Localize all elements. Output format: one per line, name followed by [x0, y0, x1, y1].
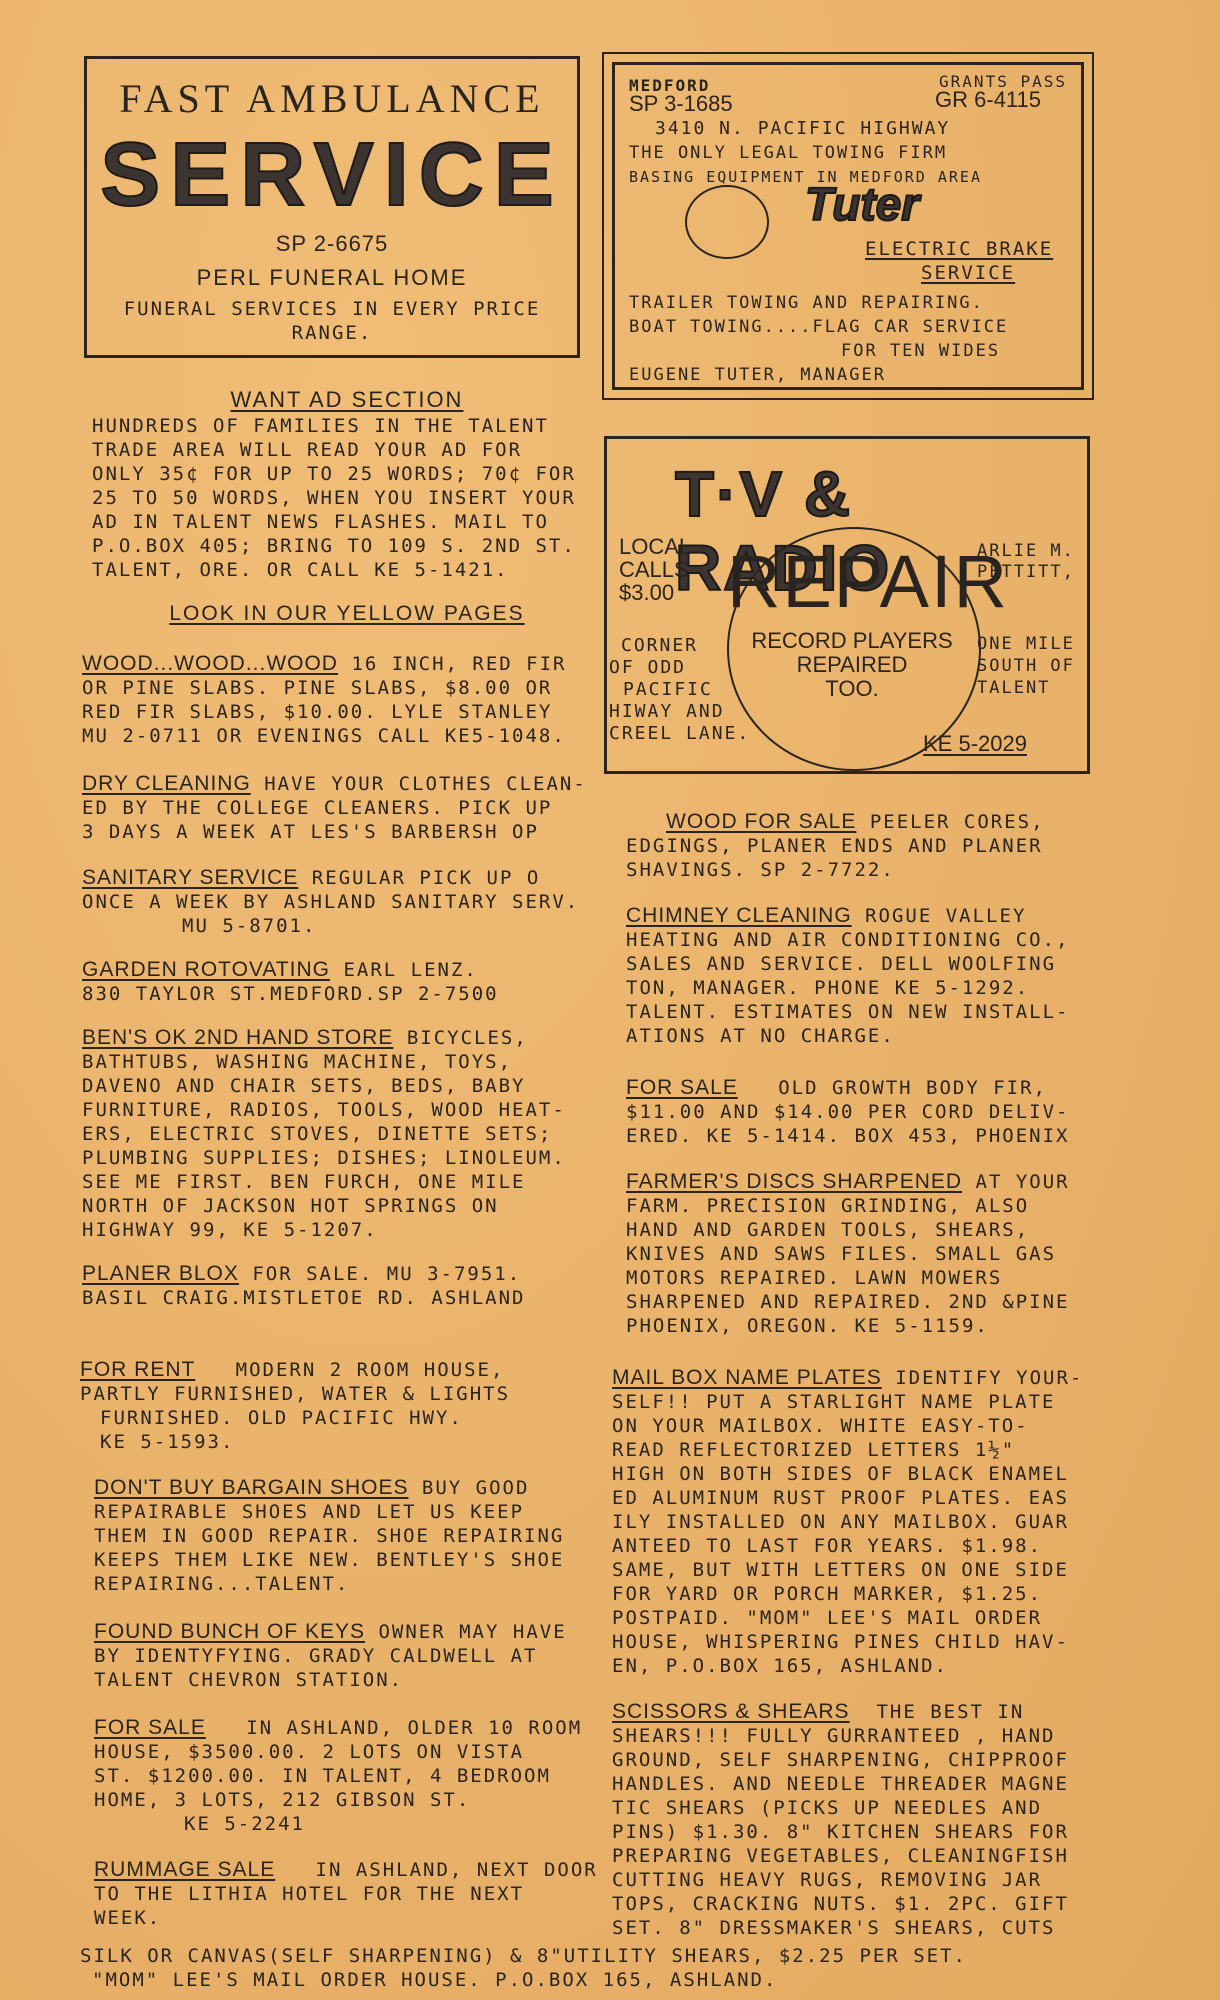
ad-bargain-shoes: DON'T BUY BARGAIN SHOES BUY GOOD REPAIRA…: [94, 1476, 614, 1596]
want-ad-line: P.O.BOX 405; BRING TO 109 S. 2ND ST.: [92, 534, 602, 558]
ad-line: MU 2-0711 OR EVENINGS CALL KE5-1048.: [82, 724, 602, 748]
ad-line: PLUMBING SUPPLIES; DISHES; LINOLEUM.: [82, 1146, 602, 1170]
ad-line: RED FIR SLABS, $10.00. LYLE STANLEY: [82, 700, 602, 724]
ad-line: BUY GOOD: [422, 1477, 530, 1499]
want-ad-line: ONLY 35¢ FOR UP TO 25 WORDS; 70¢ FOR: [92, 462, 602, 486]
ad-line: SAME, BUT WITH LETTERS ON ONE SIDE: [612, 1558, 1122, 1582]
ad-line: ON YOUR MAILBOX. WHITE EASY-TO-: [612, 1414, 1122, 1438]
shop-corner-location: CORNER OF ODD PACIFIC HIWAY AND CREEL LA…: [609, 635, 750, 745]
ad-line: FARM. PRECISION GRINDING, ALSO: [626, 1194, 1126, 1218]
ad-heading: WOOD FOR SALE: [666, 810, 856, 833]
ad-line: ILY INSTALLED ON ANY MAILBOX. GUAR: [612, 1510, 1122, 1534]
ad-line: 16 INCH, RED FIR: [351, 653, 566, 675]
ad-line: KEEPS THEM LIKE NEW. BENTLEY'S SHOE: [94, 1548, 614, 1572]
shop-distance: ONE MILE SOUTH OF TALENT: [977, 633, 1075, 699]
ad-line: PARTLY FURNISHED, WATER & LIGHTS: [80, 1382, 600, 1406]
tuter-body-3: FOR TEN WIDES: [841, 339, 1000, 363]
ad-line: IN ASHLAND, OLDER 10 ROOM: [246, 1717, 582, 1739]
ad-line: HIGH ON BOTH SIDES OF BLACK ENAMEL: [612, 1462, 1122, 1486]
ad-line: FURNITURE, RADIOS, TOOLS, WOOD HEAT-: [82, 1098, 602, 1122]
tuter-service-2: SERVICE: [921, 261, 1015, 285]
ad-line: HOME, 3 LOTS, 212 GIBSON ST.: [94, 1788, 614, 1812]
ad-wood-for-sale: WOOD FOR SALE PEELER CORES, EDGINGS, PLA…: [626, 810, 1126, 882]
ad-line: HANDLES. AND NEEDLE THREADER MAGNE: [612, 1772, 1122, 1796]
ad-line: FURNISHED. OLD PACIFIC HWY.: [80, 1406, 600, 1430]
ad-line: REPAIRABLE SHOES AND LET US KEEP: [94, 1500, 614, 1524]
owner-line: ARLIE M.: [977, 541, 1075, 562]
footer-shears-continued: SILK OR CANVAS(SELF SHARPENING) & 8"UTIL…: [80, 1944, 1140, 1992]
local-calls-price: $3.00: [619, 581, 691, 604]
ad-heading: SCISSORS & SHEARS: [612, 1700, 850, 1723]
want-ad-line: TALENT, ORE. OR CALL KE 5-1421.: [92, 558, 602, 582]
want-ad-line: TRADE AREA WILL READ YOUR AD FOR: [92, 438, 602, 462]
ad-line: ANTEED TO LAST FOR YEARS. $1.98.: [612, 1534, 1122, 1558]
ad-planer-blox: PLANER BLOX FOR SALE. MU 3-7951. BASIL C…: [82, 1262, 602, 1310]
ad-line: SALES AND SERVICE. DELL WOOLFING: [626, 952, 1126, 976]
local-calls-line: CALLS: [619, 558, 691, 581]
ad-line: TO THE LITHIA HOTEL FOR THE NEXT: [94, 1882, 614, 1906]
ad-line: THEM IN GOOD REPAIR. SHOE REPAIRING: [94, 1524, 614, 1548]
ad-line: ROGUE VALLEY: [865, 905, 1026, 927]
ad-farmers-discs: FARMER'S DISCS SHARPENED AT YOUR FARM. P…: [626, 1170, 1126, 1338]
ad-line: $11.00 AND $14.00 PER CORD DELIV-: [626, 1100, 1126, 1124]
ad-line: BY IDENTYFYING. GRADY CALDWELL AT: [94, 1644, 614, 1668]
ad-line: TOPS, CRACKING NUTS. $1. 2PC. GIFT: [612, 1892, 1122, 1916]
ad-line: TALENT CHEVRON STATION.: [94, 1668, 614, 1692]
ad-heading: BEN'S OK 2ND HAND STORE: [82, 1026, 393, 1049]
tv-radio-ad: T·V & RADIO REPAIR LOCAL CALLS $3.00 ARL…: [604, 436, 1090, 774]
ad-line: READ REFLECTORIZED LETTERS 1½": [612, 1438, 1122, 1462]
footer-line-1: SILK OR CANVAS(SELF SHARPENING) & 8"UTIL…: [80, 1944, 1140, 1968]
ad-line: PHOENIX, OREGON. KE 5-1159.: [626, 1314, 1126, 1338]
record-line: TOO.: [737, 677, 967, 701]
ad-heading: SANITARY SERVICE: [82, 866, 298, 889]
ad-line: OR PINE SLABS. PINE SLABS, $8.00 OR: [82, 676, 602, 700]
corner-line: CORNER: [609, 635, 750, 657]
ad-line: ONCE A WEEK BY ASHLAND SANITARY SERV.: [82, 890, 602, 914]
ad-sanitary-service: SANITARY SERVICE REGULAR PICK UP O ONCE …: [82, 866, 602, 938]
ad-line: OWNER MAY HAVE: [378, 1621, 566, 1643]
record-line: REPAIRED: [737, 653, 967, 677]
ad-heading: FOR RENT: [80, 1358, 195, 1381]
ad-line: OLD GROWTH BODY FIR,: [778, 1077, 1047, 1099]
ad-heading: PLANER BLOX: [82, 1262, 239, 1285]
tuter-manager: EUGENE TUTER, MANAGER: [629, 363, 886, 387]
ad-rummage-sale: RUMMAGE SALE IN ASHLAND, NEXT DOOR TO TH…: [94, 1858, 614, 1930]
ad-garden-rotovating: GARDEN ROTOVATING EARL LENZ. 830 TAYLOR …: [82, 958, 602, 1006]
ad-line: SEE ME FIRST. BEN FURCH, ONE MILE: [82, 1170, 602, 1194]
ambulance-headline: SERVICE: [87, 125, 577, 225]
ad-line: SHARPENED AND REPAIRED. 2ND &PINE: [626, 1290, 1126, 1314]
classified-page: FAST AMBULANCE SERVICE SP 2-6675 PERL FU…: [0, 0, 1220, 2000]
ad-body-fir: FOR SALE OLD GROWTH BODY FIR, $11.00 AND…: [626, 1076, 1126, 1148]
ad-line: IN ASHLAND, NEXT DOOR: [316, 1859, 598, 1881]
tuter-towing-ad: MEDFORD SP 3-1685 GRANTS PASS GR 6-4115 …: [612, 62, 1084, 390]
ambulance-line1: FAST AMBULANCE: [87, 75, 577, 122]
ad-found-keys: FOUND BUNCH OF KEYS OWNER MAY HAVE BY ID…: [94, 1620, 614, 1692]
ad-line: BATHTUBS, WASHING MACHINE, TOYS,: [82, 1050, 602, 1074]
ad-line: HOUSE, WHISPERING PINES CHILD HAV-: [612, 1630, 1122, 1654]
record-line: RECORD PLAYERS: [737, 629, 967, 653]
tuter-phone-left: SP 3-1685: [629, 91, 733, 117]
ad-line: KE 5-1593.: [80, 1430, 600, 1454]
footer-line-2: "MOM" LEE'S MAIL ORDER HOUSE. P.O.BOX 16…: [80, 1968, 1140, 1992]
ad-line: REGULAR PICK UP O: [312, 867, 540, 889]
want-ad-line: HUNDREDS OF FAMILIES IN THE TALENT: [92, 414, 602, 438]
ambulance-business: PERL FUNERAL HOME: [87, 265, 577, 291]
ad-bens-store: BEN'S OK 2ND HAND STORE BICYCLES, BATHTU…: [82, 1026, 602, 1242]
location-line: TALENT: [977, 677, 1075, 699]
ad-line: TALENT. ESTIMATES ON NEW INSTALL-: [626, 1000, 1126, 1024]
tuter-service-1: ELECTRIC BRAKE: [865, 237, 1053, 261]
ad-line: POSTPAID. "MOM" LEE'S MAIL ORDER: [612, 1606, 1122, 1630]
ad-heading: FARMER'S DISCS SHARPENED: [626, 1170, 962, 1193]
ad-wood: WOOD...WOOD...WOOD 16 INCH, RED FIR OR P…: [82, 652, 602, 748]
ad-line: HAND AND GARDEN TOOLS, SHEARS,: [626, 1218, 1126, 1242]
ad-heading: FOR SALE: [626, 1076, 738, 1099]
ad-line: KNIVES AND SAWS FILES. SMALL GAS: [626, 1242, 1126, 1266]
ad-line: TON, MANAGER. PHONE KE 5-1292.: [626, 976, 1126, 1000]
ad-line: ST. $1200.00. IN TALENT, 4 BEDROOM: [94, 1764, 614, 1788]
ad-for-rent: FOR RENT MODERN 2 ROOM HOUSE, PARTLY FUR…: [80, 1358, 600, 1454]
ad-line: TIC SHEARS (PICKS UP NEEDLES AND: [612, 1796, 1122, 1820]
ad-heading: WOOD...WOOD...WOOD: [82, 652, 338, 675]
ad-line: 3 DAYS A WEEK AT LES'S BARBERSH OP: [82, 820, 602, 844]
ad-chimney-cleaning: CHIMNEY CLEANING ROGUE VALLEY HEATING AN…: [626, 904, 1126, 1048]
ad-line: BICYCLES,: [407, 1027, 528, 1049]
tow-truck-logo-icon: [685, 185, 769, 259]
owner-line: PETTITT,: [977, 562, 1075, 583]
yellow-pages-heading: LOOK IN OUR YELLOW PAGES: [92, 602, 602, 626]
ad-line: NORTH OF JACKSON HOT SPRINGS ON: [82, 1194, 602, 1218]
ambulance-tagline-2: RANGE.: [87, 321, 577, 345]
tuter-line-1: THE ONLY LEGAL TOWING FIRM: [629, 141, 947, 165]
ad-line: ERS, ELECTRIC STOVES, DINETTE SETS;: [82, 1122, 602, 1146]
ad-line: FOR SALE. MU 3-7951.: [252, 1263, 521, 1285]
ad-line: ED ALUMINUM RUST PROOF PLATES. EAS: [612, 1486, 1122, 1510]
ad-line: ED BY THE COLLEGE CLEANERS. PICK UP: [82, 796, 602, 820]
record-players-note: RECORD PLAYERS REPAIRED TOO.: [737, 629, 967, 701]
ambulance-ad: FAST AMBULANCE SERVICE SP 2-6675 PERL FU…: [84, 56, 580, 358]
want-ad-title: WANT AD SECTION: [92, 388, 602, 412]
ad-heading: DON'T BUY BARGAIN SHOES: [94, 1476, 408, 1499]
owner-name: ARLIE M. PETTITT,: [977, 541, 1075, 583]
want-ad-line: 25 TO 50 WORDS, WHEN YOU INSERT YOUR: [92, 486, 602, 510]
ad-line: HEATING AND AIR CONDITIONING CO.,: [626, 928, 1126, 952]
ad-heading: FOR SALE: [94, 1716, 206, 1739]
ad-line: MOTORS REPAIRED. LAWN MOWERS: [626, 1266, 1126, 1290]
ad-line: IDENTIFY YOUR-: [895, 1367, 1083, 1389]
corner-line: OF ODD: [609, 657, 750, 679]
want-ad-line: AD IN TALENT NEWS FLASHES. MAIL TO: [92, 510, 602, 534]
ad-line: PINS) $1.30. 8" KITCHEN SHEARS FOR: [612, 1820, 1122, 1844]
ad-line: MODERN 2 ROOM HOUSE,: [236, 1359, 505, 1381]
ad-line: FOR YARD OR PORCH MARKER, $1.25.: [612, 1582, 1122, 1606]
ad-line: EARL LENZ.: [343, 959, 477, 981]
corner-line: CREEL LANE.: [609, 723, 750, 745]
ad-line: 830 TAYLOR ST.MEDFORD.SP 2-7500: [82, 982, 602, 1006]
local-calls-line: LOCAL: [619, 535, 691, 558]
tuter-body-2: BOAT TOWING....FLAG CAR SERVICE: [629, 315, 1008, 339]
ad-line: AT YOUR: [976, 1171, 1070, 1193]
ad-line: SET. 8" DRESSMAKER'S SHEARS, CUTS: [612, 1916, 1122, 1940]
tuter-phone-right: GR 6-4115: [935, 87, 1041, 113]
ad-mailbox-plates: MAIL BOX NAME PLATES IDENTIFY YOUR- SELF…: [612, 1366, 1122, 1678]
location-line: SOUTH OF: [977, 655, 1075, 677]
ad-line: THE BEST IN: [876, 1701, 1024, 1723]
tv-radio-phone: KE 5-2029: [923, 731, 1027, 757]
ad-line: PREPARING VEGETABLES, CLEANINGFISH: [612, 1844, 1122, 1868]
ad-line: CUTTING HEAVY RUGS, REMOVING JAR: [612, 1868, 1122, 1892]
ambulance-phone: SP 2-6675: [87, 231, 577, 257]
ad-line: SHAVINGS. SP 2-7722.: [626, 858, 1126, 882]
ad-line: SHEARS!!! FULLY GURRANTEED , HAND: [612, 1724, 1122, 1748]
ad-dry-cleaning: DRY CLEANING HAVE YOUR CLOTHES CLEAN- ED…: [82, 772, 602, 844]
ad-scissors-shears: SCISSORS & SHEARS THE BEST IN SHEARS!!! …: [612, 1700, 1122, 1940]
ad-line: HAVE YOUR CLOTHES CLEAN-: [264, 773, 587, 795]
local-calls: LOCAL CALLS $3.00: [619, 535, 691, 604]
tuter-address: 3410 N. PACIFIC HIGHWAY: [655, 117, 950, 141]
want-ad-section: WANT AD SECTION HUNDREDS OF FAMILIES IN …: [92, 388, 602, 626]
ad-line: WEEK.: [94, 1906, 614, 1930]
ad-line: ERED. KE 5-1414. BOX 453, PHOENIX: [626, 1124, 1126, 1148]
ad-line: EDGINGS, PLANER ENDS AND PLANER: [626, 834, 1126, 858]
ad-heading: FOUND BUNCH OF KEYS: [94, 1620, 365, 1643]
repair-text: REPAIR: [727, 539, 977, 624]
ambulance-tagline-1: FUNERAL SERVICES IN EVERY PRICE: [87, 297, 577, 321]
ad-line: HOUSE, $3500.00. 2 LOTS ON VISTA: [94, 1740, 614, 1764]
ad-heading: MAIL BOX NAME PLATES: [612, 1366, 882, 1389]
ad-line: EN, P.O.BOX 165, ASHLAND.: [612, 1654, 1122, 1678]
ad-line: DAVENO AND CHAIR SETS, BEDS, BABY: [82, 1074, 602, 1098]
ad-heading: CHIMNEY CLEANING: [626, 904, 852, 927]
ad-line: BASIL CRAIG.MISTLETOE RD. ASHLAND: [82, 1286, 602, 1310]
ad-line: MU 5-8701.: [82, 914, 602, 938]
ad-line: HIGHWAY 99, KE 5-1207.: [82, 1218, 602, 1242]
tuter-logo: Tuter: [805, 177, 919, 231]
location-line: ONE MILE: [977, 633, 1075, 655]
ad-line: GROUND, SELF SHARPENING, CHIPPROOF: [612, 1748, 1122, 1772]
corner-line: PACIFIC: [609, 679, 750, 701]
ad-heading: DRY CLEANING: [82, 772, 251, 795]
ad-line: ATIONS AT NO CHARGE.: [626, 1024, 1126, 1048]
ad-line: KE 5-2241: [94, 1812, 614, 1836]
ad-heading: RUMMAGE SALE: [94, 1858, 275, 1881]
ad-line: PEELER CORES,: [870, 811, 1045, 833]
corner-line: HIWAY AND: [609, 701, 750, 723]
tuter-body-1: TRAILER TOWING AND REPAIRING.: [629, 291, 984, 315]
ad-line: REPAIRING...TALENT.: [94, 1572, 614, 1596]
ad-for-sale-ashland: FOR SALE IN ASHLAND, OLDER 10 ROOM HOUSE…: [94, 1716, 614, 1836]
ad-line: SELF!! PUT A STARLIGHT NAME PLATE: [612, 1390, 1122, 1414]
ad-heading: GARDEN ROTOVATING: [82, 958, 330, 981]
